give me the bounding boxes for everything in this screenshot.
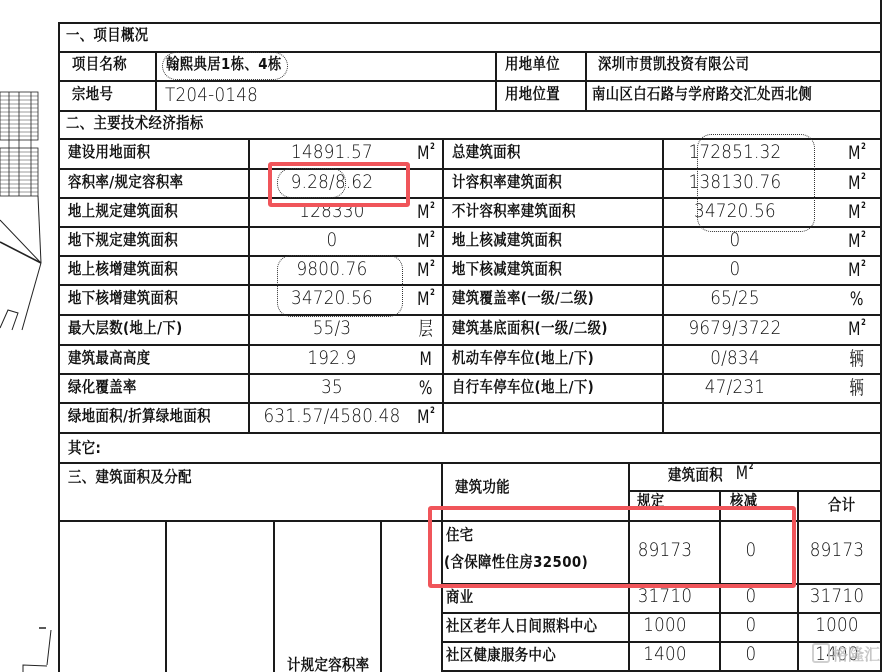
header-area-unit: M2 [736,463,753,483]
unit-label: M2 [416,407,436,427]
unit-label: 辆 [847,378,868,398]
reduced-value: 0 [725,587,778,606]
indicator-value: 0 [673,260,796,279]
indicator-label: 自行车停车位(地上/下) [452,380,594,396]
highlight-residential-row [428,506,796,588]
indicator-label: 不计容积率建筑面积 [452,204,576,220]
unit-label: M2 [847,173,868,193]
indicator-label: 容积率/规定容积率 [68,175,183,191]
highlight-far-ratio [268,162,410,207]
section-title-distribution: 三、建筑面积及分配 [68,470,192,486]
indicator-value: 0/834 [673,349,796,368]
unit-label: % [416,378,436,398]
indicator-value: 55/3 [262,319,403,338]
function-label: 社区老年人日间照料中心 [446,619,597,635]
total-value: 31710 [804,587,871,606]
unit-label: M2 [416,143,436,163]
unit-label: M2 [416,260,436,280]
section-title-overview: 一、项目概况 [66,28,149,44]
unit-label: % [847,289,868,309]
indicator-value: 35 [262,378,403,397]
indicator-label: 建筑最高高度 [68,351,151,367]
indicator-label: 建设用地面积 [68,145,151,161]
other-label: 其它: [68,441,101,457]
indicator-label: 绿化覆盖率 [68,380,137,396]
indicator-value: 0 [262,231,403,250]
unit-label: M [416,349,436,369]
land-location-label: 用地位置 [505,87,560,103]
watermark-logo-icon [812,643,830,663]
function-label: 商业 [446,590,474,606]
unit-label: M2 [847,202,868,222]
indicator-label: 建筑基底面积(一级/二级) [452,321,608,337]
indicator-value: 9679/3722 [673,319,796,338]
indicator-label: 地上规定建筑面积 [68,204,178,220]
indicator-label: 总建筑面积 [452,145,521,161]
land-no-label: 宗地号 [72,87,113,103]
section-title-indicators: 二、主要技术经济指标 [66,116,204,132]
function-label: 社区健康服务中心 [446,648,556,664]
total-value: 89173 [804,541,871,560]
indicator-label: 地下核减建筑面积 [452,262,562,278]
indicator-label: 地上核减建筑面积 [452,233,562,249]
header-function: 建筑功能 [455,480,510,496]
unit-label: M2 [847,231,868,251]
unit-label: M2 [416,231,436,251]
indicator-value: 14891.57 [262,143,403,162]
prescribed-value: 31710 [634,587,696,606]
left-partial-label: 计规定容积率 [287,658,370,672]
unit-label: M2 [416,289,436,309]
reduced-value: 0 [725,616,778,635]
indicator-label: 最大层数(地上/下) [68,321,183,337]
header-total: 合计 [828,498,856,514]
indicator-label: 地上核增建筑面积 [68,262,178,278]
indicator-value: 0 [673,231,796,250]
land-location-value: 南山区白石路与学府路交汇处西北侧 [592,87,812,103]
unit-label: M2 [847,319,868,339]
indicator-value: 47/231 [673,378,796,397]
unit-label: M2 [847,143,868,163]
prescribed-value: 1000 [634,616,696,635]
land-user-label: 用地单位 [505,57,560,73]
land-no-value: T204-0148 [165,86,258,105]
watermark: 格隆汇 [812,642,880,665]
unit-label: 层 [416,319,436,339]
header-area: 建筑面积 [668,468,723,484]
revision-cloud [697,134,815,232]
reduced-value: 0 [725,645,778,664]
land-user-value: 深圳市贯凯投资有限公司 [598,57,749,73]
total-value: 1000 [804,616,871,635]
unit-label: M2 [416,202,436,222]
indicator-value: 631.57/4580.48 [262,407,403,426]
unit-label: 辆 [847,349,868,369]
project-name-label: 项目名称 [72,57,127,73]
unit-label [847,407,868,427]
indicator-label: 地下规定建筑面积 [68,233,178,249]
indicator-label: 绿地面积/折算绿地面积 [68,409,211,425]
indicator-value: 192.9 [262,349,403,368]
revision-cloud [277,255,403,317]
unit-label [416,173,436,193]
project-name-value: 翰熙典居1栋、4栋 [166,57,282,73]
indicator-label: 地下核增建筑面积 [68,291,178,307]
building-plan-lines [0,80,60,672]
unit-label: M2 [847,260,868,280]
indicator-label: 建筑覆盖率(一级/二级) [452,291,594,307]
prescribed-value: 1400 [634,645,696,664]
indicator-value: 65/25 [673,289,796,308]
indicator-label: 计容积率建筑面积 [452,175,562,191]
indicator-label: 机动车停车位(地上/下) [452,351,594,367]
